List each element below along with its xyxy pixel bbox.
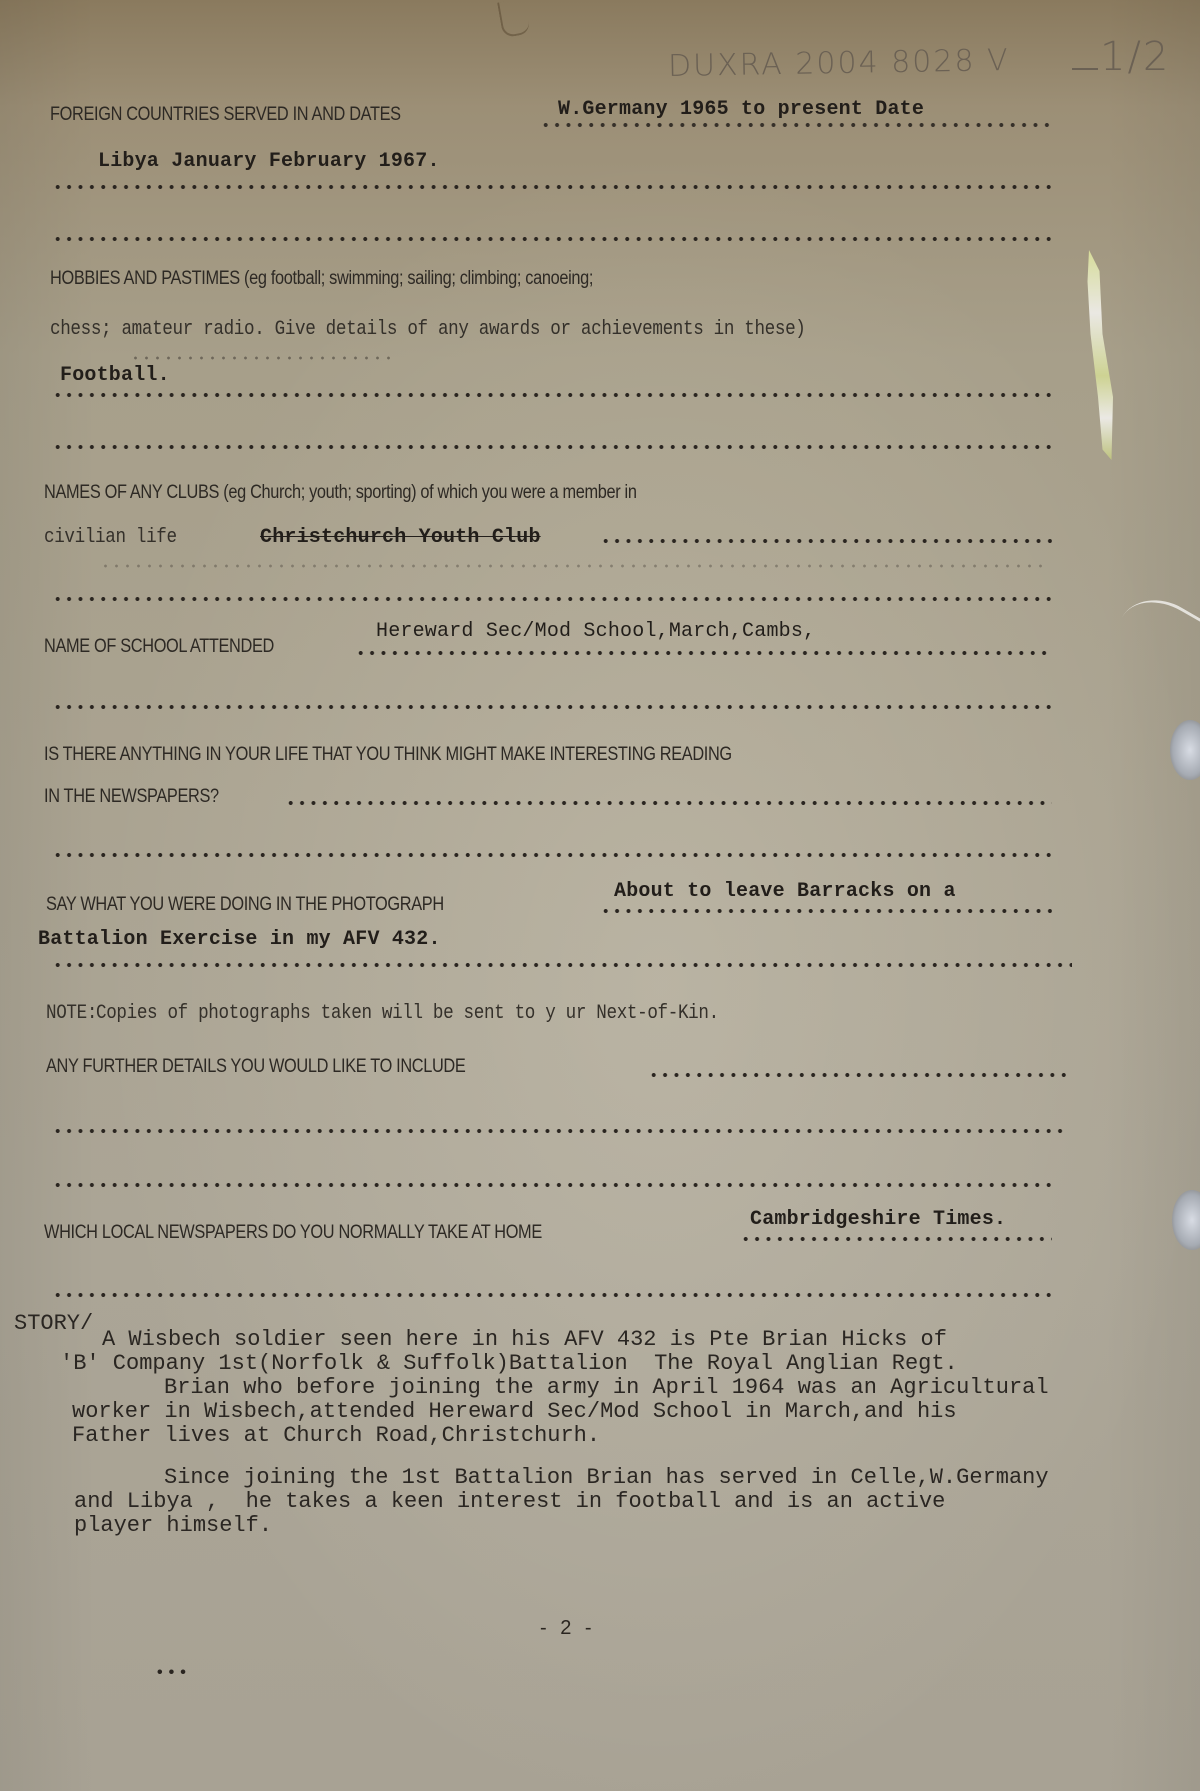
dotted-line <box>52 1292 1052 1298</box>
story-line: A Wisbech soldier seen here in his AFV 4… <box>102 1328 947 1352</box>
field-school: NAME OF SCHOOL ATTENDED <box>44 636 311 659</box>
dotted-line <box>52 1128 1068 1134</box>
field-label: ANY FURTHER DETAILS YOU WOULD LIKE TO IN… <box>46 1056 465 1078</box>
field-answer: Christchurch Youth Club <box>260 526 541 549</box>
plastic-glare <box>1110 584 1200 679</box>
story-line: Brian who before joining the army in Apr… <box>164 1376 1049 1400</box>
dotted-line <box>52 1182 1052 1188</box>
dotted-line <box>52 444 1052 450</box>
story-line: Father lives at Church Road,Christchurh. <box>72 1424 600 1448</box>
dotted-line <box>740 1236 1052 1242</box>
field-label: FOREIGN COUNTRIES SERVED IN AND DATES <box>50 104 401 126</box>
field-label: HOBBIES AND PASTIMES (eg football; swimm… <box>50 268 682 290</box>
punch-hole <box>1170 720 1200 780</box>
story-line: player himself. <box>74 1514 272 1538</box>
field-clubs: NAMES OF ANY CLUBS (eg Church; youth; sp… <box>44 482 733 505</box>
sheet-number: 1/2 <box>1100 34 1170 80</box>
field-label: NAMES OF ANY CLUBS (eg Church; youth; sp… <box>44 482 637 504</box>
field-hobbies-line2: chess; amateur radio. Give details of an… <box>50 318 909 341</box>
dotted-line <box>355 650 1052 656</box>
dotted-line <box>648 1072 1068 1078</box>
field-label-text: HOBBIES AND PASTIMES (eg football; swimm… <box>50 268 593 290</box>
field-answer-continued: Battalion Exercise in my AFV 432. <box>38 928 441 951</box>
story-line: worker in Wisbech,attended Hereward Sec/… <box>72 1400 957 1424</box>
field-answer: Football. <box>60 364 170 387</box>
field-label: NAME OF SCHOOL ATTENDED <box>44 636 274 658</box>
story-line: 'B' Company 1st(Norfolk & Suffolk)Battal… <box>60 1352 958 1376</box>
dotted-line <box>52 596 1052 602</box>
dotted-line <box>52 852 1052 858</box>
field-label: WHICH LOCAL NEWSPAPERS DO YOU NORMALLY T… <box>44 1222 542 1244</box>
field-label: IN THE NEWSPAPERS? <box>44 786 219 808</box>
field-interesting: IS THERE ANYTHING IN YOUR LIFE THAT YOU … <box>44 744 844 767</box>
faint-dotted-line <box>130 356 390 360</box>
dotted-line <box>52 236 1052 242</box>
field-interesting-line2: IN THE NEWSPAPERS? <box>44 786 247 809</box>
dotted-line <box>600 538 1052 544</box>
field-answer-continued: Libya January February 1967. <box>98 150 440 173</box>
field-label: civilian life <box>44 526 177 549</box>
dotted-line <box>285 800 1052 806</box>
story-line: Since joining the 1st Battalion Brian ha… <box>164 1466 1049 1490</box>
note-text: Copies of photographs taken will be sent… <box>96 1002 719 1025</box>
page-number: - 2 - <box>540 1617 596 1640</box>
faint-dotted-line <box>100 564 1050 568</box>
field-label: IS THERE ANYTHING IN YOUR LIFE THAT YOU … <box>44 744 732 766</box>
dotted-line <box>52 392 1052 398</box>
tape-reflection <box>1086 250 1116 460</box>
archive-reference: DUXRA 2004 8028 V <box>668 43 1010 84</box>
field-answer: About to leave Barracks on a <box>614 880 956 903</box>
dotted-line <box>600 908 1052 914</box>
paper-crease <box>497 0 531 38</box>
note: NOTE: Copies of photographs taken will b… <box>46 1002 804 1025</box>
field-photograph: SAY WHAT YOU WERE DOING IN THE PHOTOGRAP… <box>46 894 509 917</box>
dotted-line <box>52 184 1052 190</box>
dotted-line <box>52 962 1072 968</box>
stray-marks: ••• <box>155 1664 190 1682</box>
field-answer: W.Germany 1965 to present Date <box>558 98 924 121</box>
field-hobbies: HOBBIES AND PASTIMES (eg football; swimm… <box>50 268 682 291</box>
field-label: chess; amateur radio. Give details of an… <box>50 318 806 341</box>
field-clubs-line2: civilian life <box>44 526 195 549</box>
field-label: SAY WHAT YOU WERE DOING IN THE PHOTOGRAP… <box>46 894 444 916</box>
punch-hole <box>1172 1190 1200 1250</box>
field-newspapers: WHICH LOCAL NEWSPAPERS DO YOU NORMALLY T… <box>44 1222 623 1245</box>
dotted-line <box>52 704 1052 710</box>
story-line: and Libya , he takes a keen interest in … <box>74 1490 945 1514</box>
field-answer: Hereward Sec/Mod School,March,Cambs, <box>376 620 815 643</box>
story-label: STORY/ <box>14 1312 93 1336</box>
field-foreign-countries: FOREIGN COUNTRIES SERVED IN AND DATES <box>50 104 458 127</box>
dotted-line <box>540 122 1050 128</box>
field-answer: Cambridgeshire Times. <box>750 1208 1006 1231</box>
field-further-details: ANY FURTHER DETAILS YOU WOULD LIKE TO IN… <box>46 1056 534 1079</box>
note-label: NOTE: <box>46 1002 97 1025</box>
